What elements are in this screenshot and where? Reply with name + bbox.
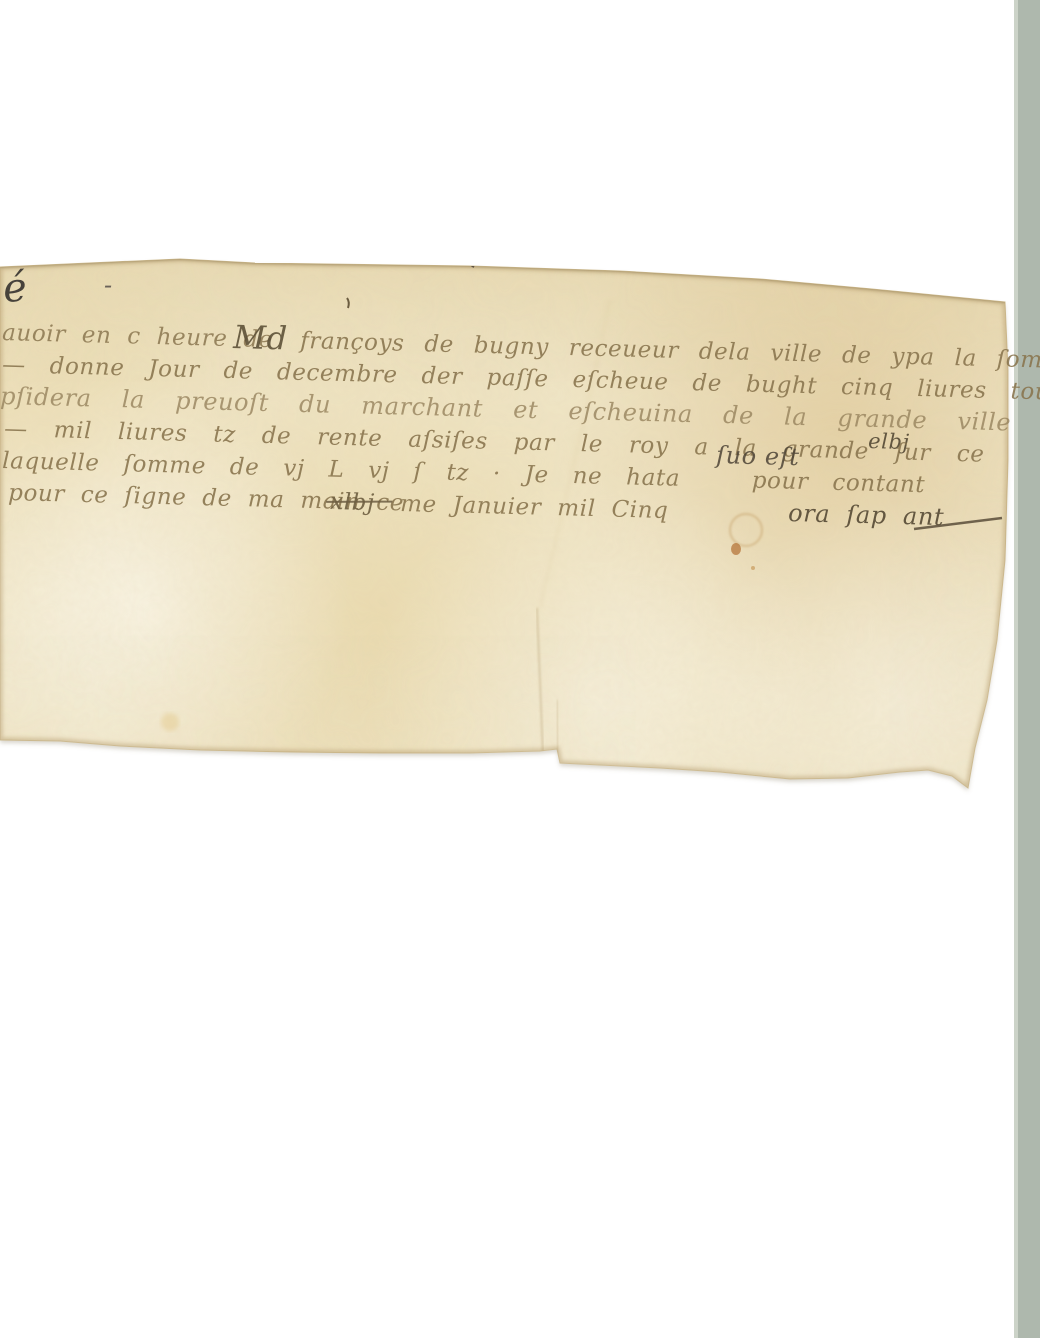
handwriting-line-5-note: ſuo eſt bbox=[714, 441, 800, 471]
scan-page: é - auoir en c heure de Md françoys de b… bbox=[0, 0, 1040, 1338]
small-speck bbox=[751, 566, 755, 570]
rust-speck bbox=[731, 543, 741, 555]
paraph-mark: é bbox=[1, 264, 28, 312]
paraph-dash: - bbox=[104, 271, 113, 299]
handwriting-line-6c: ora ſap ant bbox=[788, 499, 945, 531]
side-strip bbox=[1014, 0, 1040, 1338]
manuscript-scan: é - auoir en c heure de Md françoys de b… bbox=[0, 0, 1040, 1338]
handwriting-line-1-md: Md bbox=[232, 318, 288, 357]
faint-spot bbox=[161, 713, 179, 731]
